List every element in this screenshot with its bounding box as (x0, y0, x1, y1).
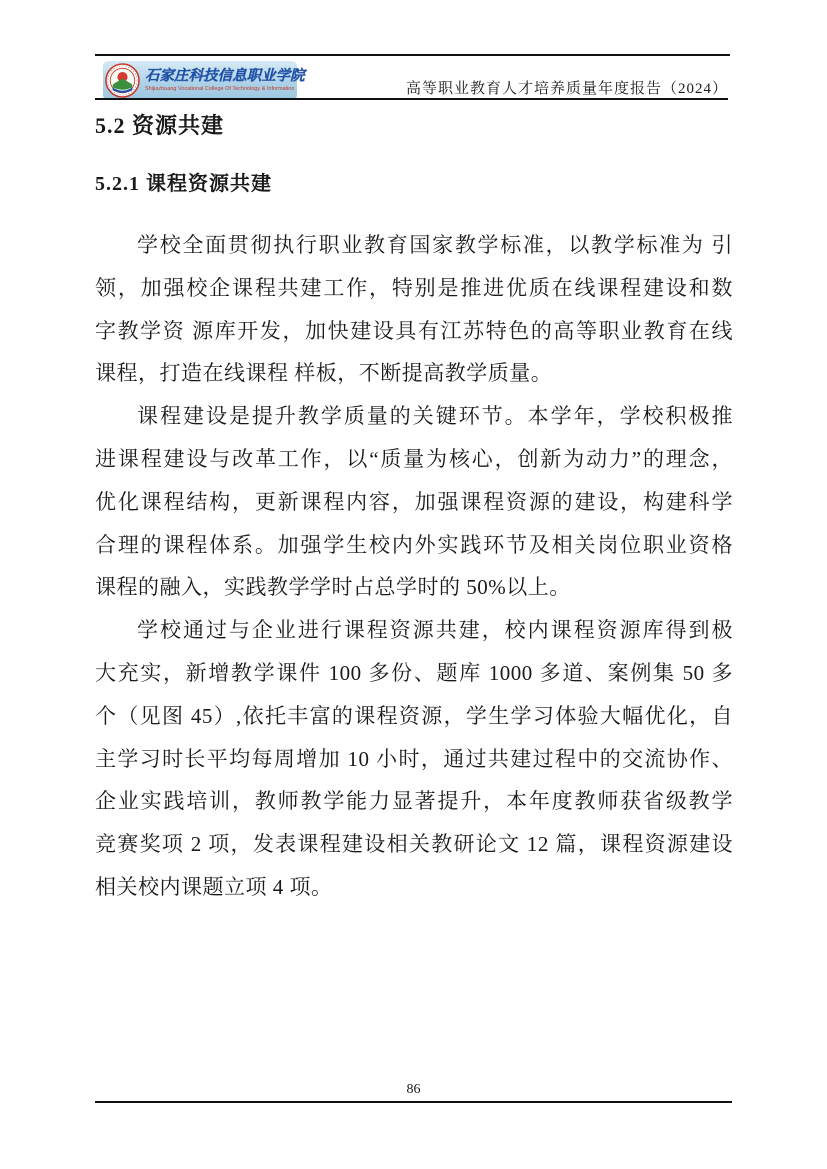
paragraph-line: 课程，打造在线课程 样板，不断提高教学质量。 (95, 352, 733, 395)
college-name-block: 石家庄科技信息职业学院 Shijiazhuang Vocational Coll… (145, 64, 295, 92)
paragraph-line: 课程的融入，实践教学学时占总学时的 50%以上。 (95, 566, 733, 609)
document-page: 石家庄科技信息职业学院 Shijiazhuang Vocational Coll… (0, 0, 827, 1169)
page-number: 86 (0, 1082, 827, 1098)
paragraph-line: 竞赛奖项 2 项，发表课程建设相关教研论文 12 篇，课程资源建设 (95, 823, 733, 866)
paragraph-line: 领，加强校企课程共建工作，特别是推进优质在线课程建设和数 (95, 267, 733, 310)
header-rule (95, 98, 728, 100)
paragraph-line: 相关校内课题立项 4 项。 (95, 866, 733, 909)
paragraph: 学校通过与企业进行课程资源共建，校内课程资源库得到极大充实，新增教学课件 100… (95, 609, 733, 909)
paragraph-line: 个（见图 45）,依托丰富的课程资源，学生学习体验大幅优化，自 (95, 695, 733, 738)
college-name-zh: 石家庄科技信息职业学院 (145, 64, 295, 85)
paragraph-line: 课程建设是提升教学质量的关键环节。本学年，学校积极推 (95, 395, 733, 438)
section-heading: 5.2 资源共建 (95, 109, 224, 140)
paragraph-line: 大充实，新增教学课件 100 多份、题库 1000 多道、案例集 50 多 (95, 652, 733, 695)
paragraph-line: 学校全面贯彻执行职业教育国家教学标准，以教学标准为 引 (95, 224, 733, 267)
paragraph-line: 合理的课程体系。加强学生校内外实践环节及相关岗位职业资格 (95, 524, 733, 567)
paragraph-line: 优化课程结构，更新课程内容，加强课程资源的建设，构建科学 (95, 481, 733, 524)
header-report-title: 高等职业教育人才培养质量年度报告（2024） (406, 77, 728, 98)
college-name-en: Shijiazhuang Vocational College Of Techn… (145, 86, 295, 92)
paragraph-line: 主学习时长平均每周增加 10 小时，通过共建过程中的交流协作、 (95, 738, 733, 781)
college-logo: 石家庄科技信息职业学院 Shijiazhuang Vocational Coll… (103, 61, 297, 100)
subsection-heading: 5.2.1 课程资源共建 (95, 167, 272, 196)
footer-rule (95, 1101, 732, 1103)
paragraph-line: 字教学资 源库开发，加快建设具有江苏特色的高等职业教育在线 (95, 310, 733, 353)
college-seal-icon (105, 63, 140, 98)
top-rule (95, 54, 730, 56)
document-body: 学校全面贯彻执行职业教育国家教学标准，以教学标准为 引领，加强校企课程共建工作，… (95, 224, 733, 909)
paragraph: 课程建设是提升教学质量的关键环节。本学年，学校积极推进课程建设与改革工作，以“质… (95, 395, 733, 609)
paragraph-line: 进课程建设与改革工作，以“质量为核心，创新为动力”的理念， (95, 438, 733, 481)
paragraph-line: 学校通过与企业进行课程资源共建，校内课程资源库得到极 (95, 609, 733, 652)
paragraph: 学校全面贯彻执行职业教育国家教学标准，以教学标准为 引领，加强校企课程共建工作，… (95, 224, 733, 395)
paragraph-line: 企业实践培训，教师教学能力显著提升，本年度教师获省级教学 (95, 780, 733, 823)
